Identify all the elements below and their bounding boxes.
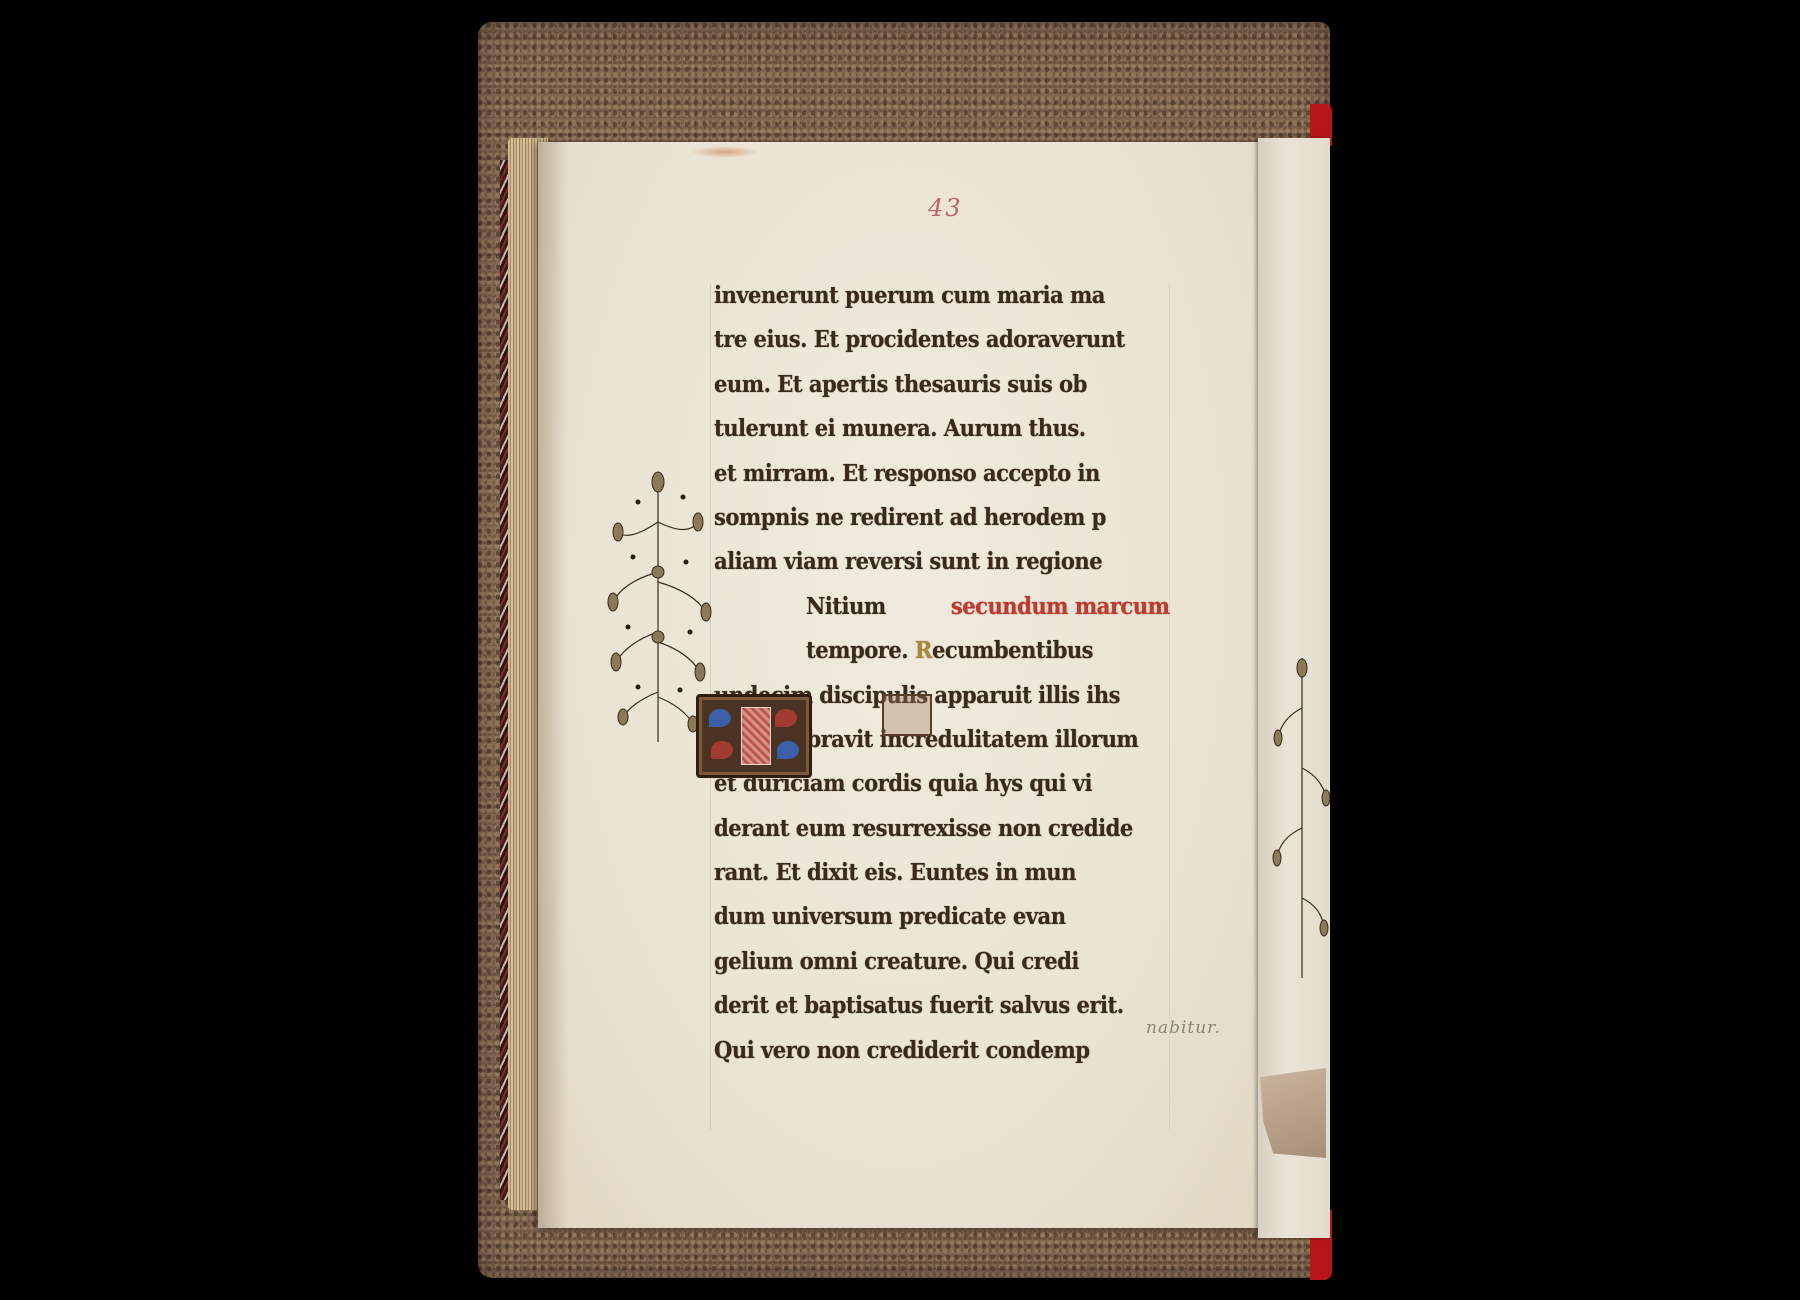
incipit-word: Nitium [806, 593, 886, 620]
torn-corner [1260, 1068, 1326, 1158]
gold-initial: R [915, 637, 932, 664]
text-line-rubric: Nitium evangelii secundum marcum [714, 585, 1146, 629]
manuscript-page: 43 invenerunt puerum cum maria ma tre ei… [538, 142, 1258, 1228]
text-line-17: derit et baptisatus fuerit salvus erit. [714, 984, 1146, 1028]
rubric-text: secundum marcum [951, 593, 1170, 620]
small-initial-icon [882, 694, 932, 736]
folio-number: 43 [928, 194, 963, 222]
text-line-15: dum universum predicate evan [714, 895, 1146, 939]
text-line-4: tulerunt ei munera. Aurum thus. [714, 407, 1146, 451]
illuminated-initial-icon [696, 694, 812, 778]
text-line-16: gelium omni creature. Qui credi [714, 940, 1146, 984]
facing-leaf-edge [1258, 138, 1330, 1238]
stain [690, 146, 760, 158]
text-line-6: sompnis ne redirent ad herodem p [714, 496, 1146, 540]
text-line-3: eum. Et apertis thesauris suis ob [714, 363, 1146, 407]
text-line-9: tempore. Recumbentibus [714, 629, 1146, 673]
text-line-5: et mirram. Et responso accepto in [714, 452, 1146, 496]
text-line-18: Qui vero non crediderit condemp [714, 1029, 1146, 1073]
text-line-13: derant eum resurrexisse non credide [714, 807, 1146, 851]
text-line-2: tre eius. Et procidentes adoraverunt [714, 318, 1146, 362]
text-block: invenerunt puerum cum maria ma tre eius.… [714, 274, 1184, 1073]
text-word: tempore. [806, 637, 908, 664]
text-line-1: invenerunt puerum cum maria ma [714, 274, 1146, 318]
marginal-floral-spray-icon [1272, 648, 1330, 988]
text-word: ecumbentibus [932, 637, 1093, 664]
text-line-14: rant. Et dixit eis. Euntes in mun [714, 851, 1146, 895]
text-line-7: aliam viam reversi sunt in regione [714, 540, 1146, 584]
catchword-note: nabitur. [1146, 1018, 1221, 1038]
